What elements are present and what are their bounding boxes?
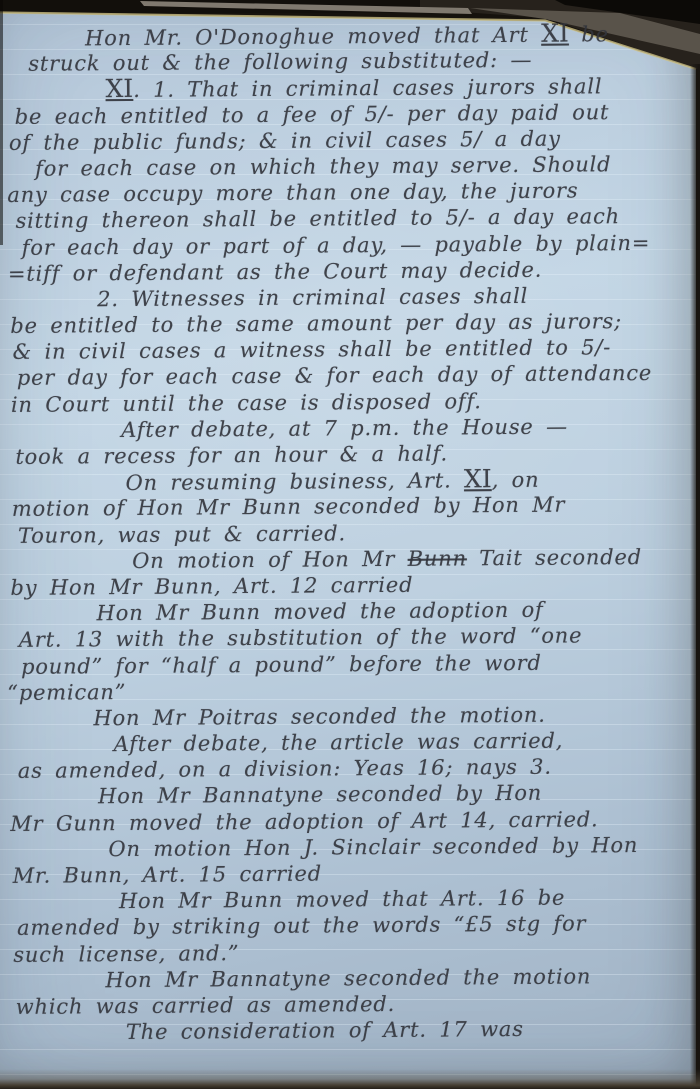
manuscript-line: per day for each case & for each day of … bbox=[17, 360, 700, 392]
manuscript-photo: Hon Mr. O'Donoghue moved that Art XI bes… bbox=[0, 0, 700, 1089]
manuscript-text: Hon Mr. O'Donoghue moved that Art XI bes… bbox=[0, 20, 700, 1047]
photo-right-edge bbox=[690, 64, 700, 1089]
roman-numeral: XI bbox=[105, 74, 133, 103]
photo-left-edge bbox=[0, 0, 3, 245]
manuscript-line: be each entitled to a fee of 5/- per day… bbox=[15, 98, 700, 130]
manuscript-line: On motion Hon J. Sinclair seconded by Ho… bbox=[108, 831, 700, 862]
manuscript-line: Hon Mr. O'Donoghue moved that Art XI be bbox=[85, 20, 700, 51]
roman-numeral: XI bbox=[464, 464, 492, 493]
photo-bottom-edge bbox=[0, 1069, 700, 1089]
roman-numeral: XI bbox=[541, 19, 569, 48]
manuscript-line: The consideration of Art. 17 was bbox=[126, 1015, 700, 1046]
manuscript-line: for each case on which they may serve. S… bbox=[35, 150, 700, 181]
struck-word: Bunn bbox=[408, 546, 467, 570]
manuscript-line: On motion of Hon Mr Bunn Tait seconded bbox=[132, 543, 700, 574]
manuscript-line: for each day or part of a day, — payable… bbox=[22, 229, 700, 261]
